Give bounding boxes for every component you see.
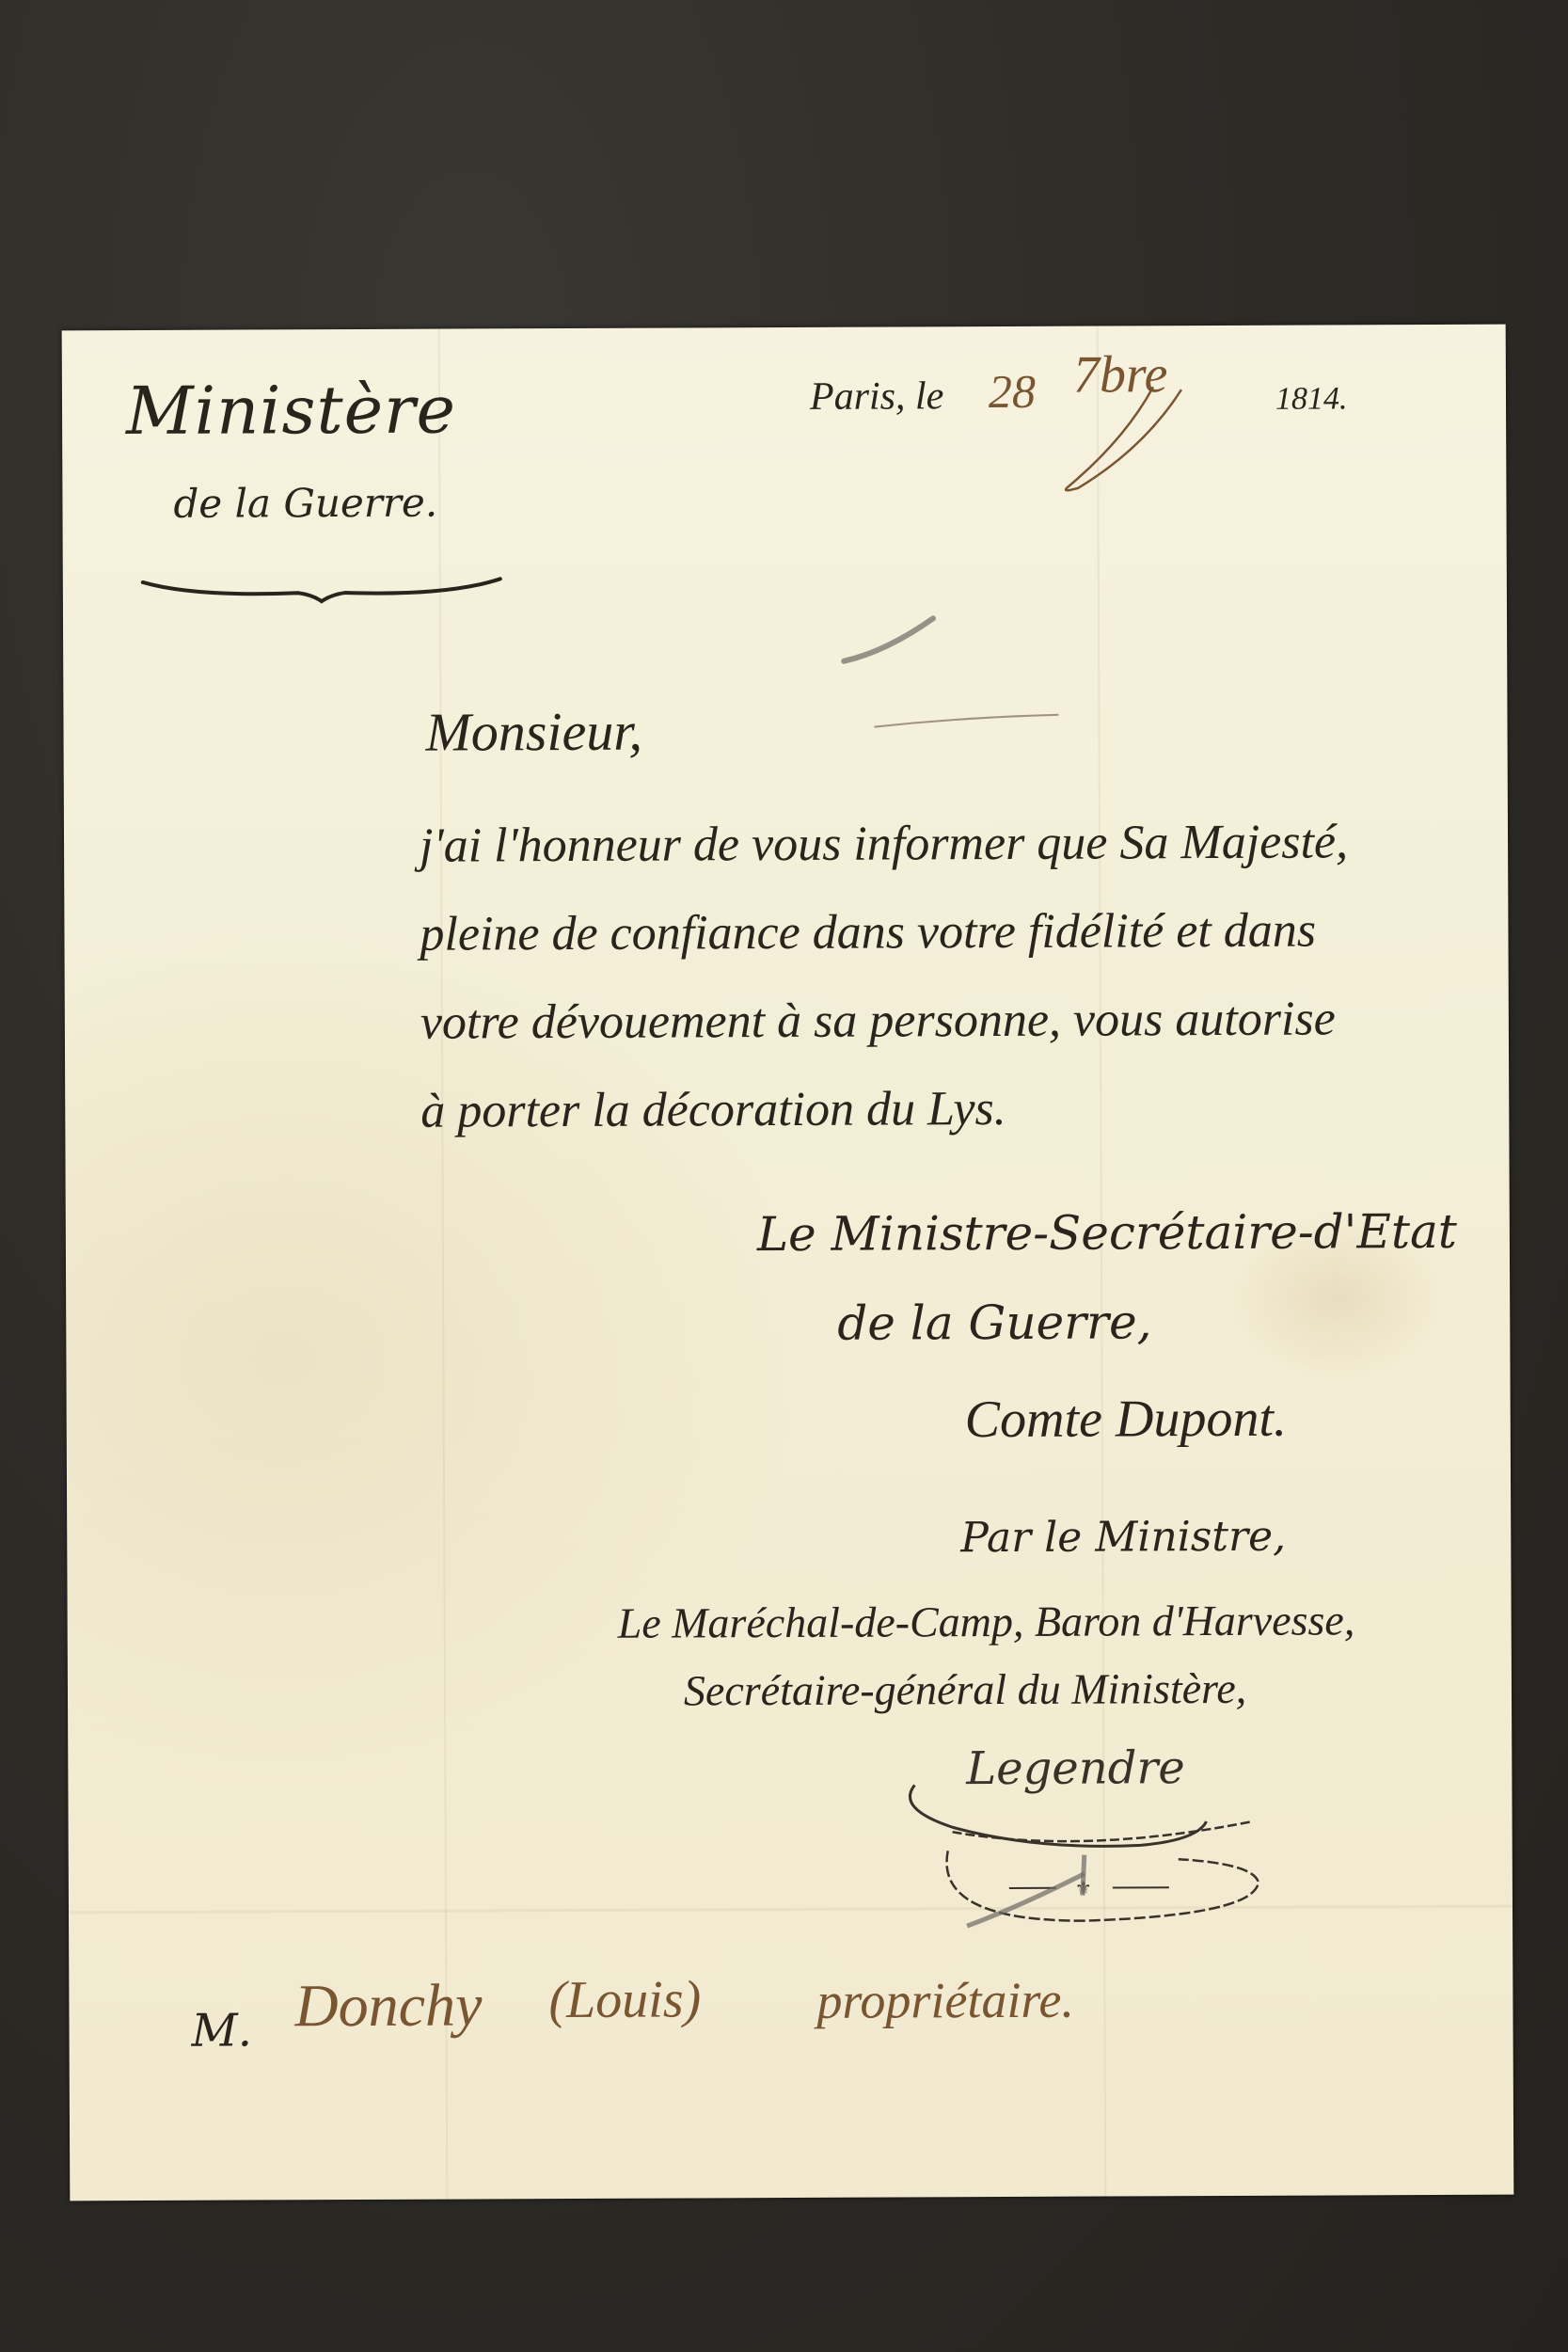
body-line-3: votre dévouement à sa personne, vous aut… bbox=[420, 991, 1336, 1050]
minister-title: Le Ministre-Secrétaire-d'Etat bbox=[757, 1204, 1457, 1262]
pencil-line-icon bbox=[872, 712, 1060, 732]
recipient-name: Donchy bbox=[294, 1970, 482, 2041]
secretary-general-title: Le Maréchal-de-Camp, Baron d'Harvesse, bbox=[618, 1595, 1355, 1647]
by-minister-line: Par le Ministre, bbox=[960, 1513, 1286, 1563]
letterhead-subtitle: de la Guerre. bbox=[173, 480, 437, 527]
body-line-1: j'ai l'honneur de vous informer que Sa M… bbox=[420, 814, 1348, 873]
minister-name: Comte Dupont. bbox=[965, 1389, 1287, 1450]
letter-paper: Ministère de la Guerre. Paris, le 28 7br… bbox=[62, 325, 1514, 2201]
paper-fold-line bbox=[438, 329, 449, 2200]
letterhead-flourish-icon bbox=[138, 575, 505, 605]
recipient-occupation: propriétaire. bbox=[816, 1971, 1074, 2030]
dateline-prefix: Paris, le bbox=[810, 373, 944, 420]
recipient-given-name: (Louis) bbox=[548, 1969, 701, 2030]
salutation: Monsieur, bbox=[425, 700, 642, 764]
secretary-general-role: Secrétaire-général du Ministère, bbox=[684, 1663, 1246, 1716]
body-line-2: pleine de confiance dans votre fidélité … bbox=[420, 903, 1316, 962]
letterhead-title: Ministère bbox=[126, 372, 456, 451]
pencil-mark-icon bbox=[839, 613, 942, 670]
body-line-4: à porter la décoration du Lys. bbox=[420, 1081, 1006, 1139]
minister-department: de la Guerre, bbox=[837, 1295, 1151, 1350]
pencil-mark-icon bbox=[962, 1850, 1113, 1935]
month-flourish-icon bbox=[1050, 382, 1239, 496]
recipient-prefix: M. bbox=[191, 2004, 252, 2057]
dateline-year: 1814. bbox=[1275, 381, 1348, 417]
dateline-day: 28 bbox=[989, 364, 1036, 419]
